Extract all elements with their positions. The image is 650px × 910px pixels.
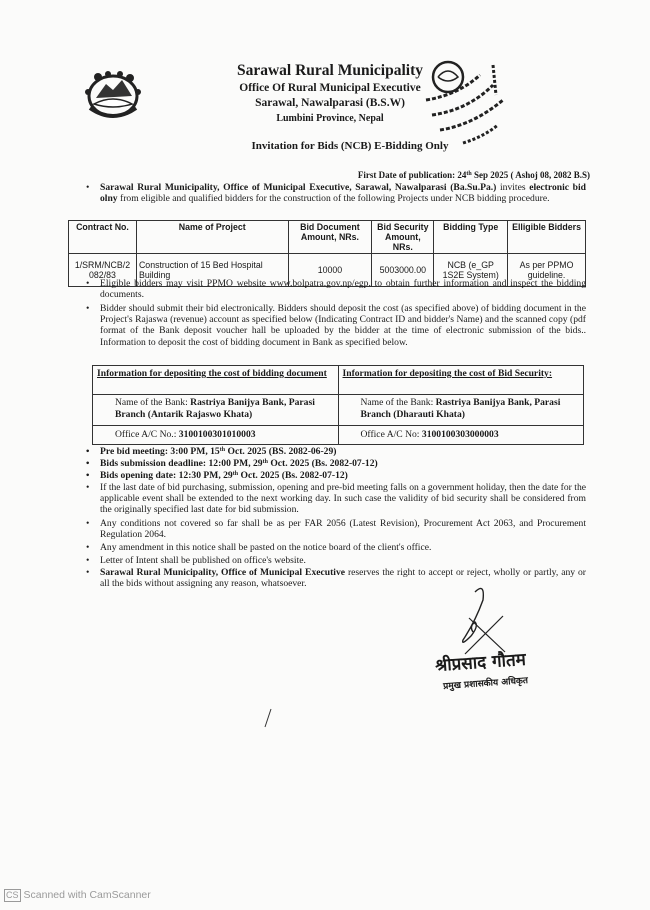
intro-bold: Sarawal Rural Municipality, Office of Mu… — [100, 182, 496, 193]
col-eligible-bidders: Elligible Bidders — [508, 221, 586, 254]
account-row: Office A/C No.: 3100100301010003 Office … — [93, 426, 584, 445]
account-number: 3100100303000003 — [422, 429, 499, 440]
amendment-clause: • Any amendment in this notice shall be … — [100, 542, 586, 553]
signature-block: श्रीप्रसाद गौतम प्रमुख प्रशासकीय अधिकृत — [445, 582, 575, 702]
bank-info-table: Information for depositing the cost of b… — [92, 365, 584, 445]
bidding-doc-bank: Name of the Bank: Rastriya Banijya Bank,… — [93, 395, 339, 426]
nepal-emblem-icon — [78, 64, 148, 126]
table-header-row: Contract No. Name of Project Bid Documen… — [69, 221, 586, 254]
bullet: • — [86, 567, 89, 578]
bullet: • — [86, 470, 89, 481]
publication-label: First Date of publication: — [358, 170, 458, 180]
ppmo-info-text: Eligible bidders may visit PPMO website … — [100, 278, 586, 300]
camscanner-text: Scanned with CamScanner — [24, 889, 151, 901]
col-bid-security-amount: Bid Security Amount, NRs. — [372, 221, 434, 254]
holiday-clause: • If the last date of bid purchasing, su… — [100, 482, 586, 516]
prebid-meeting: • Pre bid meeting: 3:00 PM, 15th Oct. 20… — [100, 446, 586, 457]
account-label: Office A/C No.: — [115, 429, 179, 440]
submission-text-rest: Oct. 2025 (Bs. 2082-07-12) — [268, 458, 378, 469]
opening-text-rest: Oct. 2025 (Bs. 2082-07-12) — [238, 470, 348, 481]
bullet: • — [86, 458, 89, 469]
amendment-clause-text: Any amendment in this notice shall be pa… — [100, 542, 431, 553]
col-contract-no: Contract No. — [69, 221, 137, 254]
account-number: 3100100301010003 — [179, 429, 256, 440]
intro-paragraph: • Sarawal Rural Municipality, Office of … — [100, 182, 586, 204]
prebid-text-rest: Oct. 2025 (BS. 2082-06-29) — [225, 446, 336, 457]
camscanner-logo-icon: CS — [4, 889, 21, 902]
conditions-clause-text: Any conditions not covered so far shall … — [100, 518, 586, 540]
pen-mark-icon — [262, 708, 274, 728]
bank-label: Name of the Bank: — [361, 397, 436, 408]
publication-date: First Date of publication: 24th Sep 2025… — [358, 170, 590, 180]
bullet: • — [86, 446, 89, 457]
prebid-text: Pre bid meeting: 3:00 PM, 15 — [100, 446, 220, 457]
bank-heading-row: Information for depositing the cost of b… — [93, 366, 584, 395]
bid-security-bank: Name of the Bank: Rastriya Banijya Bank,… — [338, 395, 584, 426]
account-label: Office A/C No: — [361, 429, 422, 440]
signature-icon — [445, 582, 575, 657]
deposit-info-paragraph: • Bidder should submit their bid electro… — [100, 303, 586, 348]
bullet: • — [86, 542, 89, 553]
bank-name-row: Name of the Bank: Rastriya Banijya Bank,… — [93, 395, 584, 426]
letter-of-intent-text: Letter of Intent shall be published on o… — [100, 555, 306, 566]
letter-of-intent-clause: • Letter of Intent shall be published on… — [100, 555, 586, 566]
bullet: • — [86, 182, 89, 193]
intro-text: invites — [496, 182, 529, 193]
closing-bold: Sarawal Rural Municipality, Office of Mu… — [100, 567, 345, 578]
bullet: • — [86, 555, 89, 566]
col-bidding-type: Bidding Type — [434, 221, 508, 254]
bullet: • — [86, 482, 89, 493]
opening-date: • Bids opening date: 12:30 PM, 29th Oct.… — [100, 470, 586, 481]
deposit-info-text: Bidder should submit their bid electroni… — [100, 303, 586, 348]
bank-label: Name of the Bank: — [115, 397, 190, 408]
signatory-title: प्रमुख प्रशासकीय अधिकृत — [443, 673, 529, 692]
bid-security-deposit-heading: Information for depositing the cost of B… — [338, 366, 584, 395]
official-stamp-icon — [418, 55, 518, 150]
col-bid-document-amount: Bid Document Amount, NRs. — [288, 221, 372, 254]
col-project-name: Name of Project — [136, 221, 288, 254]
bidding-doc-deposit-heading: Information for depositing the cost of b… — [93, 366, 339, 395]
intro-text2: from eligible and qualified bidders for … — [118, 193, 550, 204]
ppmo-info-paragraph: • Eligible bidders may visit PPMO websit… — [100, 278, 586, 300]
submission-text: Bids submission deadline: 12:00 PM, 29 — [100, 458, 263, 469]
bullet: • — [86, 518, 89, 529]
bid-table: Contract No. Name of Project Bid Documen… — [68, 220, 586, 287]
signatory-name: श्रीप्रसाद गौतम — [434, 647, 526, 676]
publication-rest: Sep 2025 ( Ashoj 08, 2082 B.S) — [472, 170, 590, 180]
opening-text: Bids opening date: 12:30 PM, 29 — [100, 470, 233, 481]
holiday-clause-text: If the last date of bid purchasing, subm… — [100, 482, 586, 515]
conditions-clause: • Any conditions not covered so far shal… — [100, 518, 586, 540]
bullet: • — [86, 278, 89, 289]
bullet: • — [86, 303, 89, 314]
camscanner-watermark: CSScanned with CamScanner — [4, 889, 151, 902]
bidding-doc-account: Office A/C No.: 3100100301010003 — [93, 426, 339, 445]
submission-deadline: • Bids submission deadline: 12:00 PM, 29… — [100, 458, 586, 469]
bid-security-account: Office A/C No: 3100100303000003 — [338, 426, 584, 445]
